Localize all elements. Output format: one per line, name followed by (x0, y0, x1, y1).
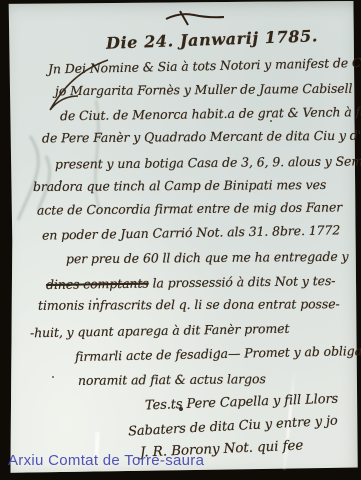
manuscript-line: bradora que tinch al Camp de Binipati me… (33, 177, 326, 194)
struck-words: dines comptants (46, 276, 149, 292)
manuscript-line: de Pere Fanèr y Quadrado Mercant de dita… (42, 128, 361, 146)
manuscript-line: per preu de 60 ll dich que me ha entrega… (66, 249, 349, 266)
rubric-cross-mark (160, 6, 230, 28)
line-rest: la prossessió à dits Not y tes- (149, 273, 336, 291)
manuscript-line: acte de Concordia firmat entre de mig do… (37, 199, 342, 217)
manuscript-line: present y una botiga Casa de 3, 6, 9. al… (55, 153, 361, 171)
manuscript-line: timonis infrascrits del q. li se dona en… (38, 296, 340, 313)
manuscript-line: noramit ad fiat & actus largos (78, 371, 266, 388)
manuscript-line: jo Margarita Fornès y Muller de Jaume Ca… (55, 81, 352, 99)
scanned-document: Die 24. Janwarij 1785. Jn Dei Nomine & S… (0, 0, 361, 480)
archive-watermark: Arxiu Comtat de Torre-saura (8, 452, 204, 469)
